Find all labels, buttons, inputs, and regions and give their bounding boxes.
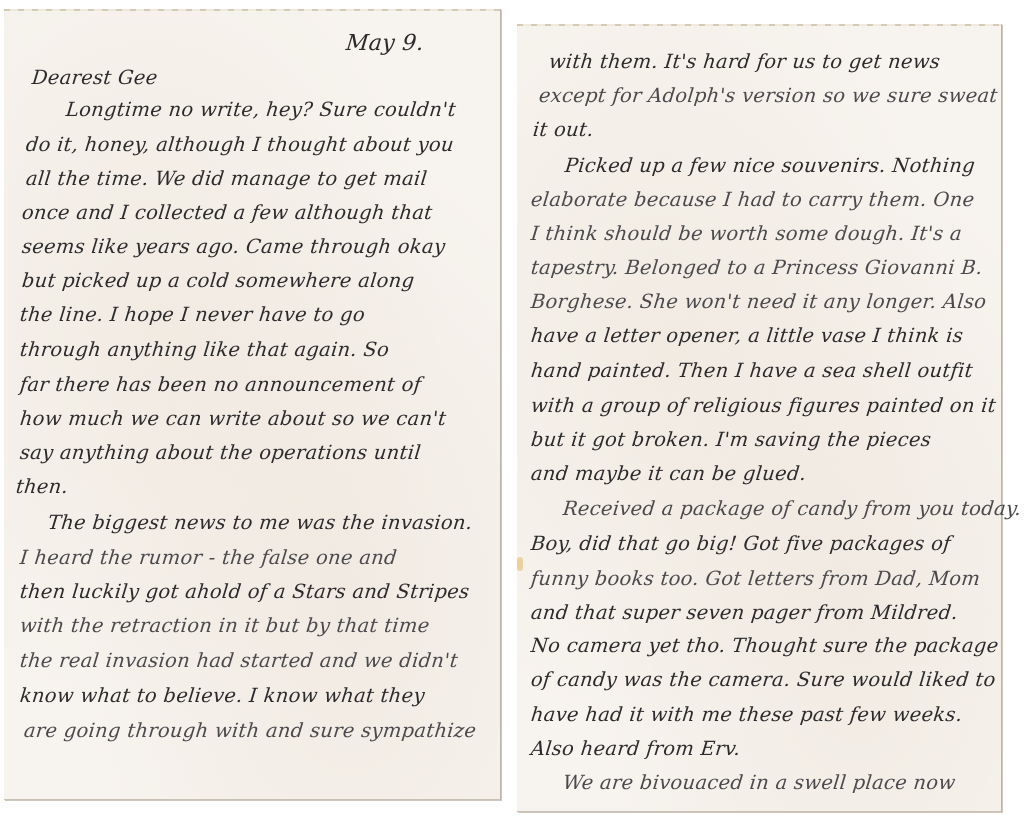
letter-line: No camera yet tho. Thought sure the pack…: [530, 634, 1000, 657]
page-edge: [4, 9, 500, 11]
letter-line: once and I collected a few although that: [21, 201, 434, 224]
letter-line: Picked up a few nice souvenirs. Nothing: [564, 154, 976, 177]
letter-line: the real invasion had started and we did…: [19, 649, 460, 672]
letter-line: with them. It's hard for us to get news: [548, 50, 942, 73]
letter-line: know what to believe. I know what they: [19, 684, 426, 707]
letter-line: and that super seven pager from Mildred.: [530, 601, 959, 624]
letter-line: the line. I hope I never have to go: [19, 303, 366, 326]
letter-line: it out.: [532, 118, 595, 141]
letter-line: are going through with and sure sympathi…: [23, 719, 478, 742]
letter-line: then.: [15, 475, 70, 498]
letter-line: Borghese. She won't need it any longer. …: [530, 290, 988, 313]
letter-line: I heard the rumor - the false one and: [19, 546, 398, 569]
letter-line: We are bivouaced in a swell place now: [562, 771, 957, 794]
letter-line: do it, honey, although I thought about y…: [25, 133, 455, 156]
letter-line: say anything about the operations until: [19, 441, 422, 464]
letter-line: Also heard from Erv.: [530, 737, 742, 760]
letter-line: but picked up a cold somewhere along: [21, 269, 416, 292]
letter-page-right: with them. It's hard for us to get news …: [517, 24, 1002, 812]
letter-salutation: Dearest Gee: [31, 66, 159, 89]
letter-line: I think should be worth some dough. It's…: [530, 222, 963, 245]
letter-line: Received a package of candy from you tod…: [562, 497, 1023, 520]
letter-line: except for Adolph's version so we sure s…: [538, 84, 999, 107]
letter-line: have a letter opener, a little vase I th…: [530, 324, 965, 347]
letter-line: through anything like that again. So: [19, 338, 391, 361]
letter-line: then luckily got ahold of a Stars and St…: [19, 580, 471, 603]
letter-date: May 9.: [345, 31, 425, 56]
letter-page-left: May 9. Dearest Gee Longtime no write, he…: [4, 9, 501, 800]
paper-stain: [517, 557, 523, 571]
letter-line: The biggest news to me was the invasion.: [47, 511, 474, 534]
letter-line: hand painted. Then I have a sea shell ou…: [530, 359, 974, 382]
letter-line: of candy was the camera. Sure would like…: [530, 668, 997, 691]
letter-line: Boy, did that go big! Got five packages …: [530, 532, 952, 555]
letter-line: with a group of religious figures painte…: [530, 394, 997, 417]
letter-line: with the retraction in it but by that ti…: [19, 614, 431, 637]
letter-line: all the time. We did manage to get mail: [25, 167, 429, 190]
letter-line: tapestry. Belonged to a Princess Giovann…: [530, 256, 984, 279]
letter-line: how much we can write about so we can't: [19, 407, 448, 430]
letter-line: Longtime no write, hey? Sure couldn't: [65, 98, 458, 121]
page-edge: [517, 24, 1001, 26]
letter-line: funny books too. Got letters from Dad, M…: [530, 567, 982, 590]
letter-line: seems like years ago. Came through okay: [21, 235, 447, 258]
letter-line: far there has been no announcement of: [19, 373, 423, 396]
letter-line: but it got broken. I'm saving the pieces: [530, 428, 933, 451]
letter-line: and maybe it can be glued.: [530, 462, 808, 485]
letter-line: have had it with me these past few weeks…: [530, 703, 964, 726]
letter-line: elaborate because I had to carry them. O…: [530, 188, 976, 211]
